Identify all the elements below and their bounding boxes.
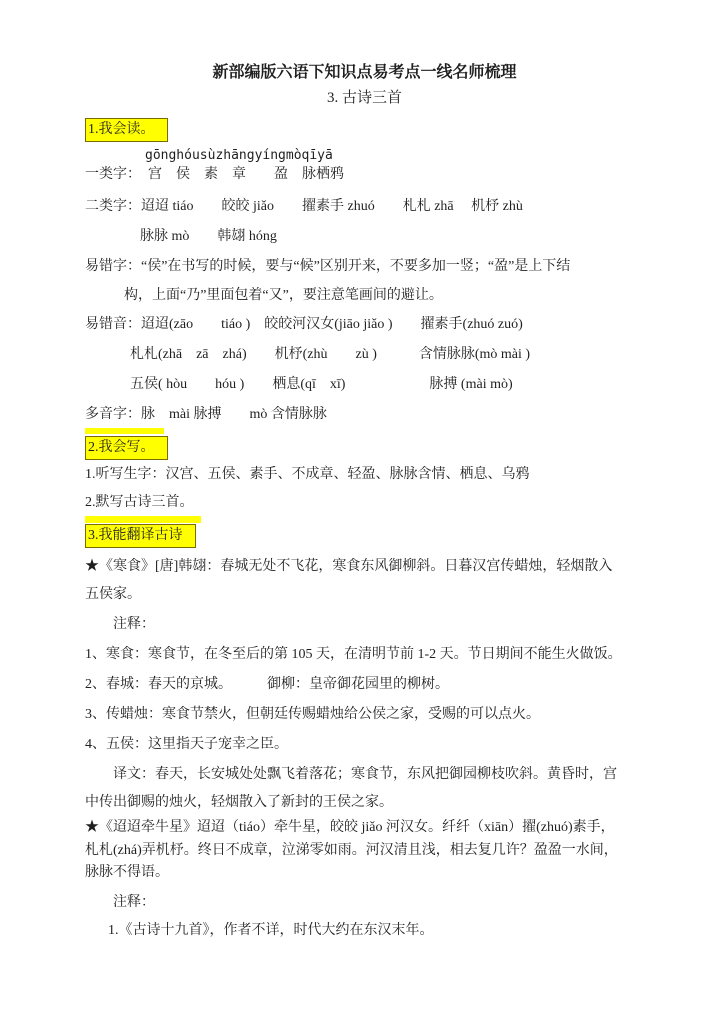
doc-subtitle: 3. 古诗三首 <box>85 86 644 110</box>
poem-hanshi-translation-line-1: 译文：春天，长安城处处飘飞着落花；寒食节，东风把御园柳枝吹斜。黄昏时，宫 <box>85 764 644 786</box>
poem-tiaotiao-note-1: 1.《古诗十九首》，作者不详，时代大约在东汉末年。 <box>85 920 644 942</box>
poem-tiaotiao-notes-label: 注释： <box>85 892 644 914</box>
doc-title: 新部编版六语下知识点易考点一线名师梳理 <box>85 62 644 84</box>
poem-tiaotiao-line-3: 脉脉不得语。 <box>85 862 644 884</box>
poem-hanshi-note-2: 2、春城：春天的京城。 御柳：皇帝御花园里的柳树。 <box>85 674 644 696</box>
poem-tiaotiao-line-2: 札札(zhá)弄机杼。终日不成章，泣涕零如雨。河汉清且浅，相去复几许？盈盈一水间… <box>85 840 644 862</box>
poem-hanshi-line-1: ★《寒食》[唐]韩翃：春城无处不飞花，寒食东风御柳斜。日暮汉宫传蜡烛，轻烟散入 <box>85 556 644 578</box>
second-class-characters-line-2: 脉脉 mò 韩翃 hóng <box>85 226 644 248</box>
error-prone-pronunciations-line-3: 五侯( hòu hóu ) 栖息(qī xī) 脉搏 (mài mò) <box>85 374 644 396</box>
poem-hanshi-translation-line-2: 中传出御赐的烛火，轻烟散入了新封的王侯之家。 <box>85 792 644 814</box>
poem-hanshi-notes-label: 注释： <box>85 614 644 636</box>
poem-hanshi-note-3: 3、传蜡烛：寒食节禁火，但朝廷传赐蜡烛给公侯之家，受赐的可以点火。 <box>85 704 644 726</box>
section-translate-heading: 3.我能翻译古诗 <box>85 524 196 548</box>
recite-poems-line: 2.默写古诗三首。 <box>85 492 644 514</box>
section-write-heading: 2.我会写。 <box>85 436 168 460</box>
error-prone-characters-line-1: 易错字：“侯”在书写的时候，要与“候”区别开来，不要多加一竖；“盈”是上下结 <box>85 256 644 278</box>
section-translate-heading-row: 3.我能翻译古诗 <box>85 524 644 550</box>
poem-hanshi-line-2: 五侯家。 <box>85 584 644 606</box>
pinyin-annotation-line: gōnghóusùzhāngyíngmòqīyā <box>145 148 644 164</box>
second-class-characters-line-1: 二类字：迢迢 tiáo 皎皎 jiǎo 擢素手 zhuó 札札 zhā 机杼 z… <box>85 196 644 218</box>
poem-hanshi-note-1: 1、寒食：寒食节，在冬至后的第 105 天，在清明节前 1-2 天。节日期间不能… <box>85 644 644 666</box>
error-prone-characters-line-2: 构，上面“乃”里面包着“又”，要注意笔画间的避让。 <box>85 285 644 307</box>
section-read-heading-row: 1.我会读。 <box>85 118 644 144</box>
dictation-characters-line: 1.听写生字：汉宫、五侯、素手、不成章、轻盈、脉脉含情、栖息、乌鸦 <box>85 464 644 486</box>
poem-hanshi-note-4: 4、五侯：这里指天子宠幸之臣。 <box>85 734 644 756</box>
highlight-strip <box>85 428 164 434</box>
polyphonic-characters-line: 多音字：脉 mài 脉搏 mò 含情脉脉 <box>85 404 644 426</box>
section-write-heading-row: 2.我会写。 <box>85 436 644 462</box>
document-page: 新部编版六语下知识点易考点一线名师梳理 3. 古诗三首 1.我会读。 gōngh… <box>0 0 724 1024</box>
error-prone-pronunciations-line-2: 札札(zhā zā zhá) 机杼(zhù zù ) 含情脉脉(mò mài ) <box>85 344 644 366</box>
poem-tiaotiao-line-1: ★《迢迢牵牛星》迢迢（tiáo）牵牛星，皎皎 jiǎo 河汉女。纤纤（xiān）… <box>85 817 644 839</box>
section-read-heading: 1.我会读。 <box>85 118 168 142</box>
error-prone-pronunciations-line-1: 易错音：迢迢(zāo tiáo ) 皎皎河汉女(jiāo jiǎo ) 擢素手(… <box>85 314 644 336</box>
first-class-characters-line: 一类字： 宫 侯 素 章 盈 脉栖鸦 <box>85 164 644 186</box>
highlight-strip <box>85 516 201 523</box>
